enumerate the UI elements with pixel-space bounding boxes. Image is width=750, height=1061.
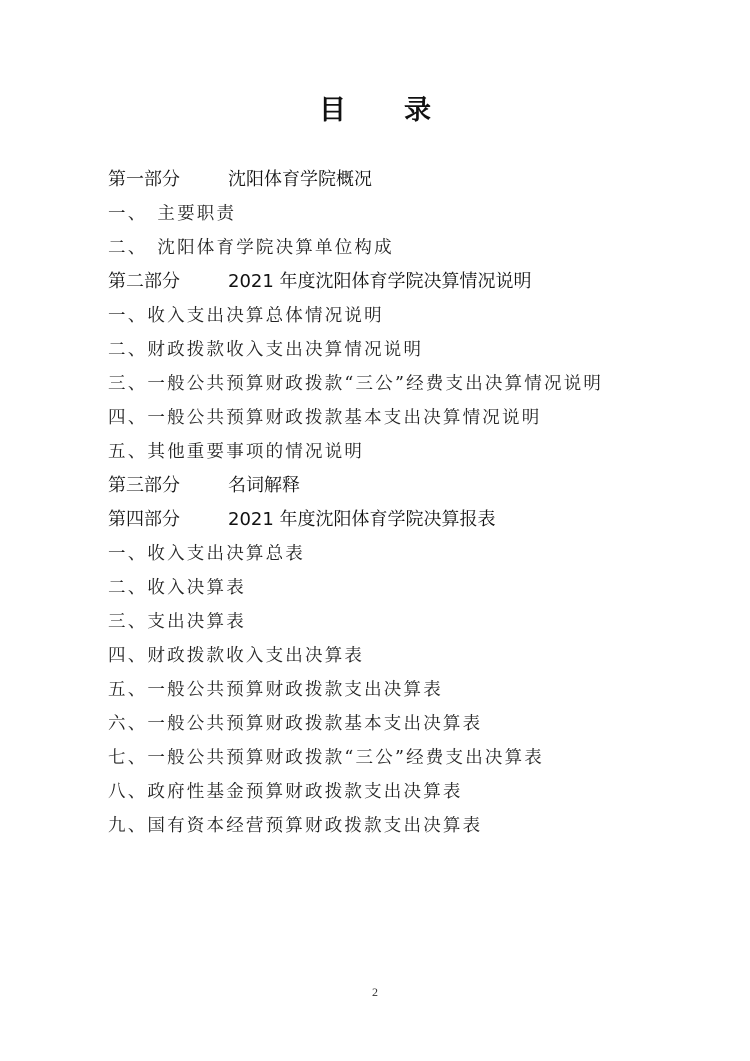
item-number: 四、 <box>108 646 147 666</box>
toc-item[interactable]: 七、一般公共预算财政拨款“三公”经费支出决算表 <box>108 741 668 775</box>
part-number: 第二部分 <box>108 265 228 299</box>
part-number: 第一部分 <box>108 163 228 197</box>
item-number: 二、 <box>108 340 147 360</box>
toc-item[interactable]: 八、政府性基金预算财政拨款支出决算表 <box>108 775 668 809</box>
toc-item[interactable]: 六、一般公共预算财政拨款基本支出决算表 <box>108 707 668 741</box>
item-title: 其他重要事项的情况说明 <box>147 442 364 462</box>
part-title: 2021 年度沈阳体育学院决算报表 <box>228 509 496 530</box>
title-char-2: 录 <box>404 88 431 127</box>
item-title: 一般公共预算财政拨款基本支出决算情况说明 <box>147 408 541 428</box>
toc-item[interactable]: 一、收入支出决算总表 <box>108 537 668 571</box>
part-title: 名词解释 <box>228 475 300 496</box>
item-title: 一般公共预算财政拨款基本支出决算表 <box>147 714 482 734</box>
toc-item[interactable]: 九、国有资本经营预算财政拨款支出决算表 <box>108 809 668 843</box>
toc-item[interactable]: 二、收入决算表 <box>108 571 668 605</box>
item-number: 二、 <box>108 238 147 258</box>
item-number: 二、 <box>108 578 147 598</box>
item-number: 五、 <box>108 680 147 700</box>
toc-item[interactable]: 一、主要职责 <box>108 197 668 231</box>
toc-item[interactable]: 四、财政拨款收入支出决算表 <box>108 639 668 673</box>
item-number: 九、 <box>108 816 147 836</box>
toc-item[interactable]: 二、财政拨款收入支出决算情况说明 <box>108 333 668 367</box>
item-title: 一般公共预算财政拨款“三公”经费支出决算表 <box>147 748 544 768</box>
item-title: 一般公共预算财政拨款支出决算表 <box>147 680 443 700</box>
toc-item[interactable]: 三、一般公共预算财政拨款“三公”经费支出决算情况说明 <box>108 367 668 401</box>
page-title: 目录 <box>0 88 750 127</box>
toc-item[interactable]: 五、其他重要事项的情况说明 <box>108 435 668 469</box>
toc-item[interactable]: 一、收入支出决算总体情况说明 <box>108 299 668 333</box>
item-number: 三、 <box>108 374 147 394</box>
item-title: 沈阳体育学院决算单位构成 <box>157 238 393 258</box>
toc-part-4[interactable]: 第四部分2021 年度沈阳体育学院决算报表 <box>108 503 668 537</box>
toc-part-1[interactable]: 第一部分沈阳体育学院概况 <box>108 163 668 197</box>
item-number: 七、 <box>108 748 147 768</box>
item-number: 三、 <box>108 612 147 632</box>
part-title: 沈阳体育学院概况 <box>228 169 372 190</box>
item-number: 一、 <box>108 544 147 564</box>
item-title: 国有资本经营预算财政拨款支出决算表 <box>147 816 482 836</box>
item-number: 五、 <box>108 442 147 462</box>
item-title: 收入决算表 <box>147 578 246 598</box>
item-title: 一般公共预算财政拨款“三公”经费支出决算情况说明 <box>147 374 603 394</box>
part-number: 第四部分 <box>108 503 228 537</box>
page-number: 2 <box>0 985 750 1000</box>
item-number: 一、 <box>108 204 147 224</box>
item-title: 主要职责 <box>157 204 236 224</box>
part-title: 2021 年度沈阳体育学院决算情况说明 <box>228 271 532 292</box>
toc-item[interactable]: 三、支出决算表 <box>108 605 668 639</box>
item-number: 六、 <box>108 714 147 734</box>
title-char-1: 目 <box>319 88 346 127</box>
item-title: 收入支出决算总体情况说明 <box>147 306 383 326</box>
toc-part-2[interactable]: 第二部分2021 年度沈阳体育学院决算情况说明 <box>108 265 668 299</box>
item-number: 四、 <box>108 408 147 428</box>
item-title: 财政拨款收入支出决算表 <box>147 646 364 666</box>
toc-item[interactable]: 二、沈阳体育学院决算单位构成 <box>108 231 668 265</box>
toc-item[interactable]: 四、一般公共预算财政拨款基本支出决算情况说明 <box>108 401 668 435</box>
item-title: 政府性基金预算财政拨款支出决算表 <box>147 782 462 802</box>
item-number: 一、 <box>108 306 147 326</box>
item-title: 支出决算表 <box>147 612 246 632</box>
item-number: 八、 <box>108 782 147 802</box>
table-of-contents: 第一部分沈阳体育学院概况 一、主要职责 二、沈阳体育学院决算单位构成 第二部分2… <box>108 163 668 843</box>
toc-item[interactable]: 五、一般公共预算财政拨款支出决算表 <box>108 673 668 707</box>
item-title: 收入支出决算总表 <box>147 544 305 564</box>
part-number: 第三部分 <box>108 469 228 503</box>
item-title: 财政拨款收入支出决算情况说明 <box>147 340 423 360</box>
toc-part-3[interactable]: 第三部分名词解释 <box>108 469 668 503</box>
